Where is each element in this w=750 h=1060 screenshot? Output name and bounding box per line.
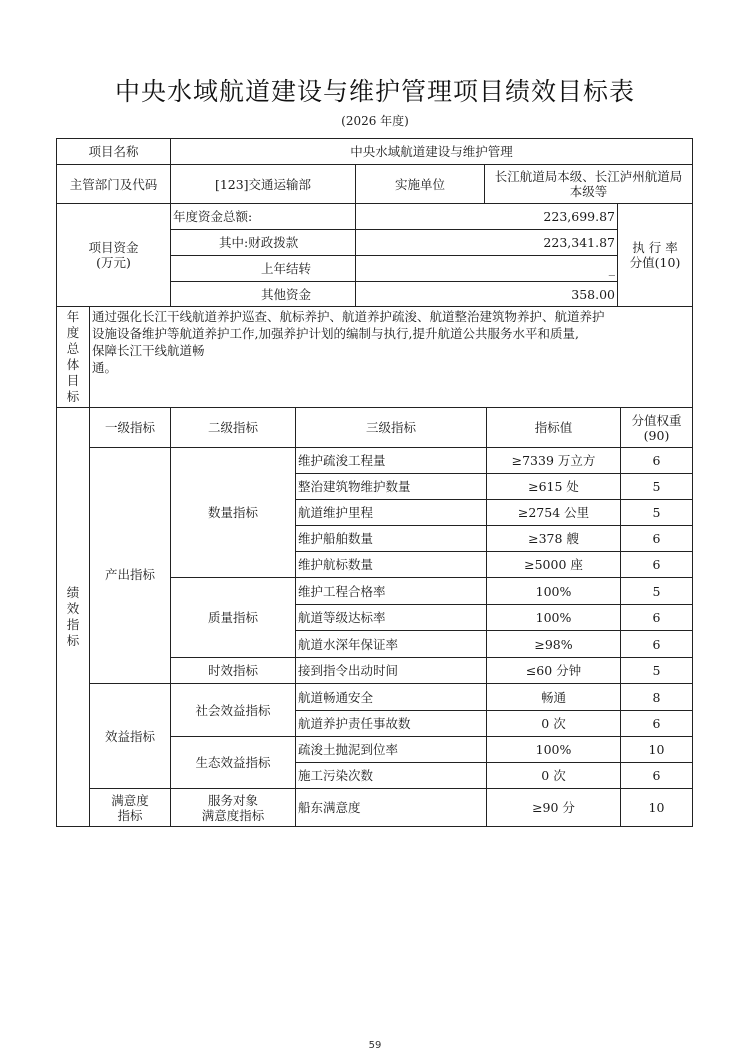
indicator-weight: 5 <box>621 500 693 526</box>
funding-item-label: 其他资金 <box>171 282 356 307</box>
department-label: 主管部门及代码 <box>57 165 171 204</box>
level1-satisfaction: 满意度 指标 <box>90 789 171 827</box>
department-row: 主管部门及代码 [123]交通运输部 实施单位 长江航道局本级、长江泸州航道局 … <box>57 165 693 204</box>
execution-rate-line-1: 执 行 率 <box>620 240 690 255</box>
indicator-weight: 8 <box>621 684 693 711</box>
goal-line: 通。 <box>92 359 690 376</box>
indicator-weight: 5 <box>621 578 693 605</box>
indicator-value: ≥378 艘 <box>487 526 621 552</box>
funding-item-value: 223,341.87 <box>356 230 618 256</box>
satisfaction-line-2: 指标 <box>92 808 168 823</box>
implementer-value: 长江航道局本级、长江泸州航道局 本级等 <box>485 165 693 204</box>
indicator-name: 维护航标数量 <box>296 552 487 578</box>
service-line-2: 满意度指标 <box>173 808 293 823</box>
indicator-value: ≤60 分钟 <box>487 658 621 684</box>
indicator-weight: 5 <box>621 658 693 684</box>
funding-item-label: 其中:财政拨款 <box>171 230 356 256</box>
indicator-value: 0 次 <box>487 763 621 789</box>
goal-line: 设施设备维护等航道养护工作,加强养护计划的编制与执行,提升航道公共服务水平和质量… <box>92 325 690 342</box>
department-value: [123]交通运输部 <box>171 165 356 204</box>
label-char: 标 <box>59 633 87 649</box>
level2-timeliness: 时效指标 <box>171 658 296 684</box>
indicator-weight: 6 <box>621 552 693 578</box>
indicator-value: 100% <box>487 578 621 605</box>
indicator-row: 满意度 指标 服务对象 满意度指标 船东满意度 ≥90 分 10 <box>57 789 693 827</box>
label-char: 绩 <box>59 585 87 601</box>
basic-info-table: 项目名称 中央水域航道建设与维护管理 主管部门及代码 [123]交通运输部 实施… <box>56 138 693 307</box>
funding-label-line-2: (万元) <box>59 255 168 270</box>
indicator-value: ≥7339 万立方 <box>487 448 621 474</box>
implementer-line-2: 本级等 <box>487 184 690 199</box>
indicator-weight: 10 <box>621 737 693 763</box>
annual-goal-text: 通过强化长江干线航道养护巡查、航标养护、航道养护疏浚、航道整治建筑物养护、航道养… <box>90 307 693 408</box>
funding-row-total: 项目资金 (万元) 年度资金总额: 223,699.87 执 行 率 分值(10… <box>57 204 693 230</box>
service-line-1: 服务对象 <box>173 793 293 808</box>
indicator-value: ≥98% <box>487 631 621 658</box>
annual-goal-row: 年 度 总 体 目 标 通过强化长江干线航道养护巡查、航标养护、航道养护疏浚、航… <box>57 307 693 408</box>
funding-item-label: 年度资金总额: <box>171 204 356 230</box>
level2-service-satisfaction: 服务对象 满意度指标 <box>171 789 296 827</box>
indicator-name: 航道养护责任事故数 <box>296 711 487 737</box>
label-char: 效 <box>59 601 87 617</box>
weight-line-1: 分值权重 <box>623 413 690 428</box>
header-level1: 一级指标 <box>90 408 171 448</box>
execution-rate-score: 执 行 率 分值(10) <box>618 204 693 307</box>
indicator-weight: 6 <box>621 448 693 474</box>
execution-rate-line-2: 分值(10) <box>620 255 690 270</box>
implementer-label: 实施单位 <box>356 165 485 204</box>
indicator-name: 船东满意度 <box>296 789 487 827</box>
indicator-name: 维护疏浚工程量 <box>296 448 487 474</box>
level1-benefit: 效益指标 <box>90 684 171 789</box>
indicator-weight: 10 <box>621 789 693 827</box>
level2-ecological: 生态效益指标 <box>171 737 296 789</box>
label-char: 体 <box>59 357 87 373</box>
page-number: 59 <box>0 1040 750 1051</box>
indicator-weight: 6 <box>621 711 693 737</box>
satisfaction-line-1: 满意度 <box>92 793 168 808</box>
label-char: 标 <box>59 389 87 405</box>
indicator-value: ≥615 处 <box>487 474 621 500</box>
document-year: (2026 年度) <box>0 112 750 129</box>
indicator-name: 维护船舶数量 <box>296 526 487 552</box>
indicator-row: 产出指标 数量指标 维护疏浚工程量 ≥7339 万立方 6 <box>57 448 693 474</box>
indicators-table: 绩 效 指 标 一级指标 二级指标 三级指标 指标值 分值权重 (90) 产出指… <box>56 407 693 827</box>
indicator-name: 维护工程合格率 <box>296 578 487 605</box>
goal-line: 保障长江干线航道畅 <box>92 342 690 359</box>
indicator-value: 100% <box>487 605 621 631</box>
indicator-name: 施工污染次数 <box>296 763 487 789</box>
indicator-name: 疏浚土抛泥到位率 <box>296 737 487 763</box>
funding-item-value: 223,699.87 <box>356 204 618 230</box>
level2-social: 社会效益指标 <box>171 684 296 737</box>
indicator-value: ≥5000 座 <box>487 552 621 578</box>
label-char: 指 <box>59 617 87 633</box>
level1-output: 产出指标 <box>90 448 171 684</box>
indicator-weight: 6 <box>621 526 693 552</box>
project-name-row: 项目名称 中央水域航道建设与维护管理 <box>57 139 693 165</box>
funding-item-value: 358.00 <box>356 282 618 307</box>
implementer-line-1: 长江航道局本级、长江泸州航道局 <box>487 169 690 184</box>
label-char: 总 <box>59 341 87 357</box>
header-weight: 分值权重 (90) <box>621 408 693 448</box>
label-char: 目 <box>59 373 87 389</box>
project-name-label: 项目名称 <box>57 139 171 165</box>
indicator-weight: 6 <box>621 763 693 789</box>
funding-item-value: _ <box>356 256 618 282</box>
annual-goal-label: 年 度 总 体 目 标 <box>57 307 90 408</box>
indicator-name: 航道等级达标率 <box>296 605 487 631</box>
weight-line-2: (90) <box>623 428 690 443</box>
indicator-name: 整治建筑物维护数量 <box>296 474 487 500</box>
indicator-weight: 6 <box>621 605 693 631</box>
level2-quality: 质量指标 <box>171 578 296 658</box>
indicator-row: 效益指标 社会效益指标 航道畅通安全 畅通 8 <box>57 684 693 711</box>
indicators-header-row: 绩 效 指 标 一级指标 二级指标 三级指标 指标值 分值权重 (90) <box>57 408 693 448</box>
level2-quantity: 数量指标 <box>171 448 296 578</box>
indicator-name: 航道水深年保证率 <box>296 631 487 658</box>
indicator-name: 航道畅通安全 <box>296 684 487 711</box>
indicator-name: 接到指令出动时间 <box>296 658 487 684</box>
annual-goal-table: 年 度 总 体 目 标 通过强化长江干线航道养护巡查、航标养护、航道养护疏浚、航… <box>56 306 693 408</box>
indicator-value: 0 次 <box>487 711 621 737</box>
indicator-name: 航道维护里程 <box>296 500 487 526</box>
indicator-value: ≥2754 公里 <box>487 500 621 526</box>
label-char: 年 <box>59 309 87 325</box>
header-level2: 二级指标 <box>171 408 296 448</box>
indicator-weight: 5 <box>621 474 693 500</box>
header-value: 指标值 <box>487 408 621 448</box>
goal-line: 通过强化长江干线航道养护巡查、航标养护、航道养护疏浚、航道整治建筑物养护、航道养… <box>92 308 690 325</box>
indicator-value: ≥90 分 <box>487 789 621 827</box>
document-title: 中央水域航道建设与维护管理项目绩效目标表 <box>0 72 750 108</box>
funding-label-line-1: 项目资金 <box>59 240 168 255</box>
funding-label: 项目资金 (万元) <box>57 204 171 307</box>
indicator-value: 畅通 <box>487 684 621 711</box>
indicator-weight: 6 <box>621 631 693 658</box>
performance-indicators-label: 绩 效 指 标 <box>57 408 90 827</box>
project-name-value: 中央水域航道建设与维护管理 <box>171 139 693 165</box>
label-char: 度 <box>59 325 87 341</box>
funding-item-label: 上年结转 <box>171 256 356 282</box>
indicator-value: 100% <box>487 737 621 763</box>
header-level3: 三级指标 <box>296 408 487 448</box>
